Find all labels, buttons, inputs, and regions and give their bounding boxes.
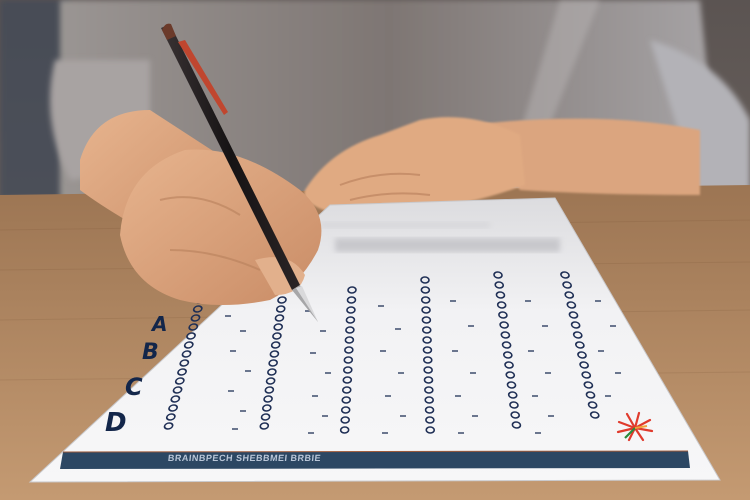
answer-sheet-photo: A B C D BRAINBPECH SHEBBMEI BRBIE xyxy=(0,0,750,500)
option-label-d: D xyxy=(105,408,127,438)
option-label-a: A xyxy=(152,312,167,336)
sheet-footer-text: BRAINBPECH SHEBBMEI BRBIE xyxy=(167,453,321,463)
option-label-c: C xyxy=(125,373,143,401)
option-label-b: B xyxy=(142,340,159,365)
